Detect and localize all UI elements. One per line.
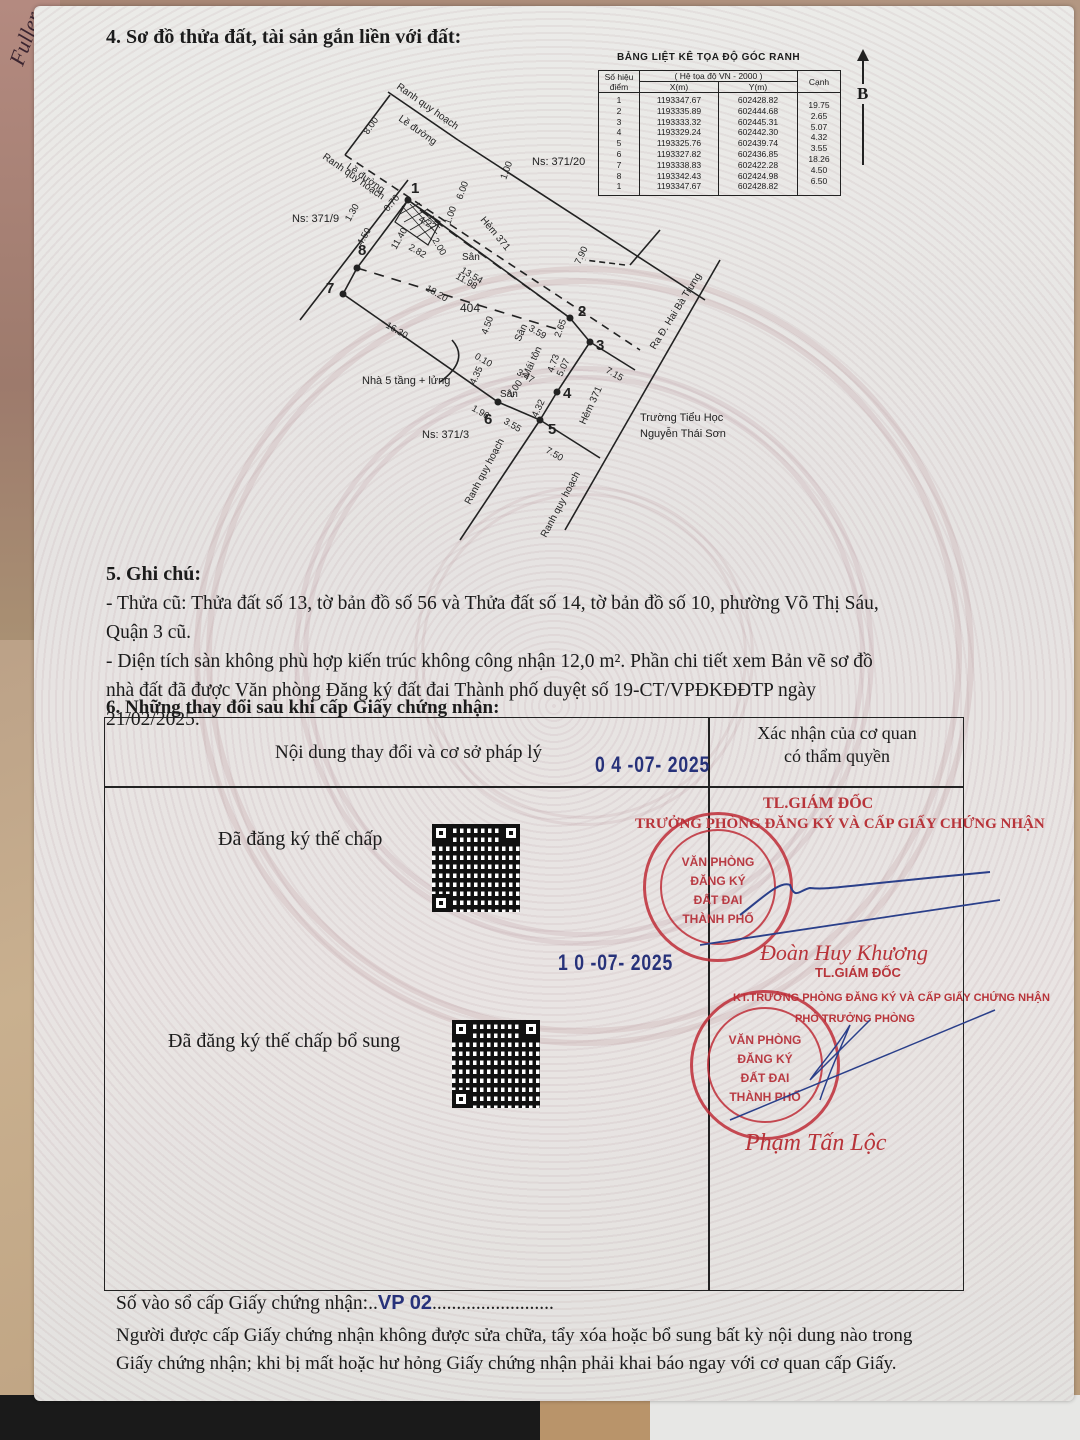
plot-diagram: 1 2 3 4 5 6 7 8 404 Ns: 371/20 Ns: 371/9…: [0, 0, 1080, 560]
ranh-label-bottom: Ranh quy hoạch: [463, 437, 507, 506]
note-line-3: - Diện tích sàn không phù hợp kiến trúc …: [106, 647, 986, 676]
dimension-label: 16.30: [384, 320, 410, 341]
col-authority-line2: có thẩm quyền: [711, 745, 963, 768]
authority-title-1: TL.GIÁM ĐỐC: [763, 795, 873, 813]
signature-1: [700, 860, 1000, 950]
dimension-label: 4.22: [417, 214, 439, 233]
warning-text: Người được cấp Giấy chứng nhận không đượ…: [116, 1322, 996, 1378]
dimension-label: 2.00: [505, 378, 525, 399]
neighbor-bottom: Ns: 371/3: [422, 429, 469, 441]
table-divider: [105, 786, 963, 788]
col-content-header: Nội dung thay đổi và cơ sở pháp lý: [275, 742, 542, 764]
point-1: 1: [411, 180, 419, 197]
registration-number: Số vào sổ cấp Giấy chứng nhận:..VP 02...…: [116, 1292, 554, 1315]
school-line2: Nguyễn Thái Sơn: [640, 427, 726, 440]
dimension-label: 2.00: [429, 236, 448, 258]
registration-label: Số vào sổ cấp Giấy chứng nhận:: [116, 1293, 368, 1314]
warning-line-2: Giấy chứng nhận; khi bị mất hoặc hư hỏng…: [116, 1350, 996, 1378]
dimension-label: 1.00: [442, 205, 459, 226]
dimension-label: 7.50: [544, 445, 566, 464]
background-light: [650, 1395, 1080, 1440]
authority-title-2: TL.GIÁM ĐỐC: [815, 965, 901, 980]
dimension-label: 11.40: [389, 226, 410, 251]
section6-heading: 6. Những thay đổi sau khi cấp Giấy chứng…: [106, 697, 499, 719]
dimension-label: 4.50: [479, 315, 496, 336]
point-5: 5: [548, 421, 556, 438]
warning-line-1: Người được cấp Giấy chứng nhận không đượ…: [116, 1322, 996, 1350]
section5-heading: 5. Ghi chú:: [106, 560, 986, 589]
dimension-label: 4.35: [468, 365, 486, 386]
parcel-number: 404: [460, 301, 480, 315]
point-7: 7: [326, 280, 334, 297]
entry-1-content: Đã đăng ký thế chấp: [218, 828, 382, 851]
ranh-label-bottom-right: Ranh quy hoạch: [539, 470, 583, 539]
school-line1: Trường Tiểu Học: [640, 412, 724, 424]
dimension-label: 18.20: [424, 283, 450, 304]
signer-2: Phạm Tấn Lộc: [745, 1130, 886, 1157]
entry-2-content: Đã đăng ký thế chấp bổ sung: [168, 1030, 400, 1053]
house-label: Nhà 5 tầng + lửng: [362, 375, 450, 387]
point-2: 2: [578, 303, 586, 320]
signer-1: Đoàn Huy Khương: [760, 940, 928, 966]
alley-label-right: Hẻm 371: [578, 384, 605, 426]
point-3: 3: [596, 337, 604, 354]
road-label: Ra Đ. Hai Bà Trưng: [648, 271, 704, 351]
ranh-label-left: Ranh quy hoạch: [320, 151, 386, 202]
registration-value: VP 02: [378, 1292, 432, 1314]
dimension-label: 8.00: [361, 115, 381, 136]
dimension-label: 6.00: [454, 180, 471, 201]
col-authority-header: Xác nhận của cơ quan có thẩm quyền: [711, 722, 963, 768]
signature-2: [720, 980, 1000, 1130]
date-stamp-2: 1 0 -07- 2025: [558, 950, 673, 976]
table-divider: [708, 718, 710, 1290]
alley-label-top: Hẻm 371: [478, 215, 513, 253]
neighbor-top: Ns: 371/20: [532, 156, 585, 168]
qr-code-1[interactable]: [432, 824, 520, 912]
le-duong-top: Lề đường: [396, 113, 439, 148]
col-authority-line1: Xác nhận của cơ quan: [711, 722, 963, 745]
dimension-label: 7.15: [604, 365, 626, 384]
dimension-label: 2.65: [552, 318, 569, 339]
note-line-1: - Thửa cũ: Thửa đất số 13, tờ bản đồ số …: [106, 589, 986, 618]
neighbor-left: Ns: 371/9: [292, 213, 339, 225]
yard-label-top: Sân: [462, 252, 480, 263]
dimension-label: 7.90: [573, 245, 591, 266]
dimension-label: 3.55: [502, 416, 524, 435]
point-4: 4: [563, 385, 572, 402]
dimension-label: 2.82: [407, 242, 429, 261]
note-line-2: Quận 3 cũ.: [106, 618, 986, 647]
dimension-label: 3.59: [527, 323, 549, 342]
qr-code-2[interactable]: [452, 1020, 540, 1108]
background-table: [540, 1395, 650, 1440]
dimension-label: 4.32: [530, 398, 548, 419]
dimension-label: 1.00: [498, 160, 515, 181]
date-stamp-1: 0 4 -07- 2025: [595, 752, 710, 778]
dimension-label: 1.30: [343, 202, 362, 224]
